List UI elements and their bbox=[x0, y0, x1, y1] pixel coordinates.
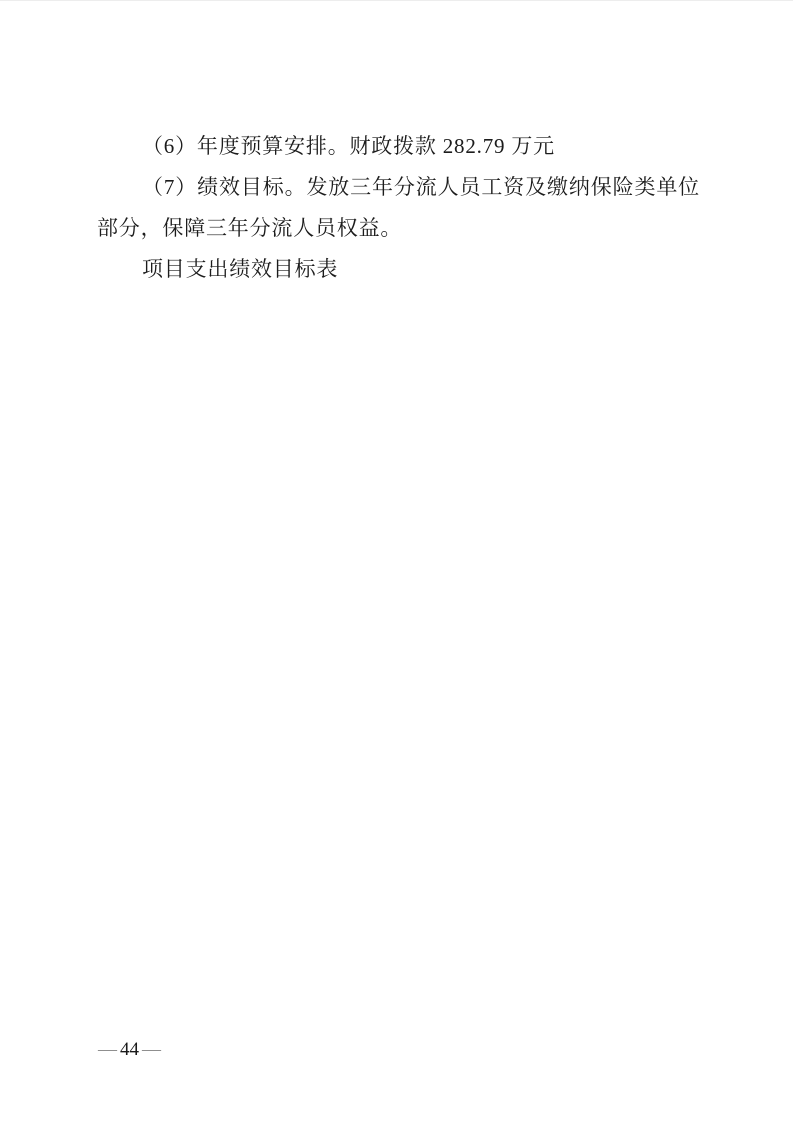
page-number: 44 bbox=[120, 1039, 139, 1060]
paragraph-budget-arrangement: （6）年度预算安排。财政拨款 282.79 万元 bbox=[97, 126, 700, 167]
page-footer: —44— bbox=[98, 1039, 161, 1061]
footer-right-dash: — bbox=[142, 1039, 161, 1060]
footer-left-dash: — bbox=[98, 1039, 117, 1060]
document-body: （6）年度预算安排。财政拨款 282.79 万元 （7）绩效目标。发放三年分流人… bbox=[97, 126, 700, 290]
table-title: 项目支出绩效目标表 bbox=[97, 249, 700, 290]
document-page: （6）年度预算安排。财政拨款 282.79 万元 （7）绩效目标。发放三年分流人… bbox=[0, 0, 793, 1122]
paragraph-performance-goal: （7）绩效目标。发放三年分流人员工资及缴纳保险类单位部分，保障三年分流人员权益。 bbox=[97, 167, 700, 249]
